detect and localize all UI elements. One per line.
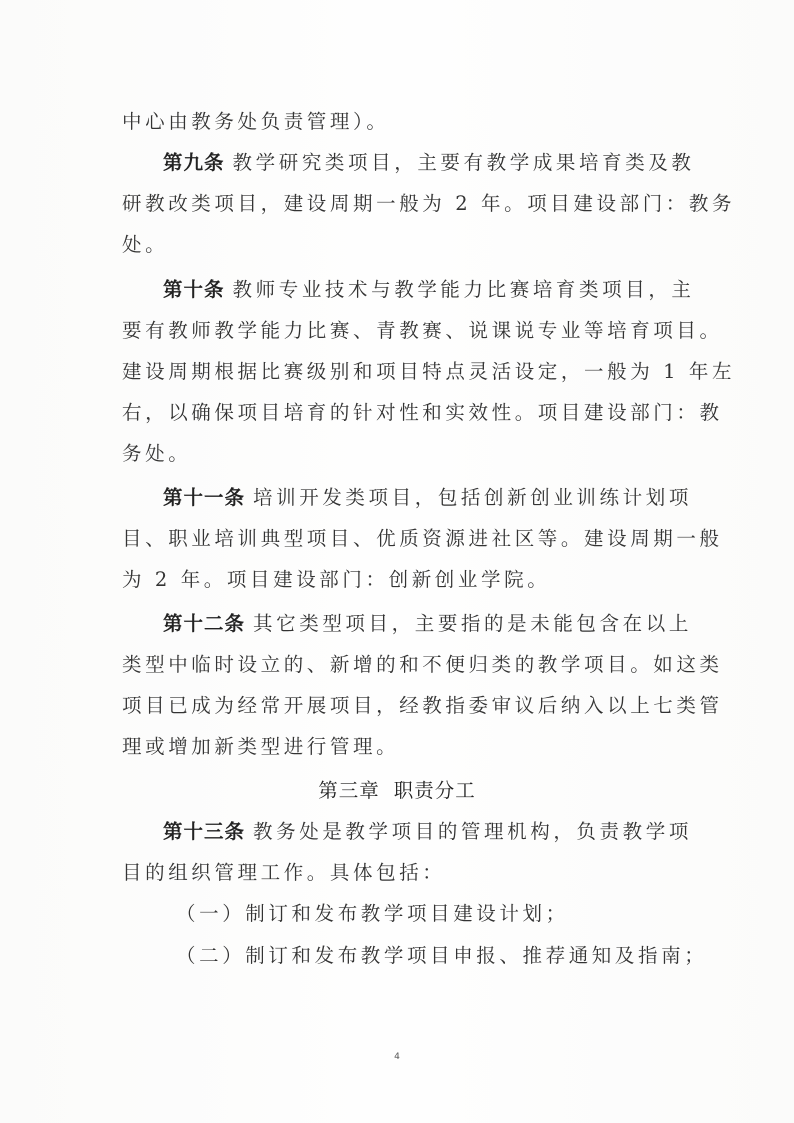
line-text: 为 2 年。项目建设部门：创新创业学院。: [122, 568, 550, 591]
article-9-heading-line: 第九条教学研究类项目，主要有教学成果培育类及教: [163, 149, 723, 177]
line-text: 研教改类项目，建设周期一般为 2 年。项目建设部门：教务: [122, 192, 735, 215]
line-text: 理或增加新类型进行管理。: [122, 735, 399, 758]
line-text: 培训开发类项目，包括创新创业训练计划项: [253, 486, 692, 509]
line-text: 目、职业培训典型项目、优质资源进社区等。建设周期一般: [122, 527, 723, 550]
article-number: 第十三条: [163, 820, 245, 843]
line-text: 中心由教务处负责管理）。: [122, 110, 389, 133]
line-text: 其它类型项目，主要指的是未能包含在以上: [253, 612, 692, 635]
line-text: （一）制订和发布教学项目建设计划；: [176, 902, 569, 925]
chapter-number: 第三章: [318, 779, 380, 802]
line-text: 教学研究类项目，主要有教学成果培育类及教: [233, 151, 695, 174]
article-number: 第十条: [163, 278, 225, 301]
line-text: 教师专业技术与教学能力比赛培育类项目，主: [233, 278, 695, 301]
line-text: 右，以确保项目培育的针对性和实效性。项目建设部门：教: [122, 401, 723, 424]
list-item: （一）制订和发布教学项目建设计划；: [176, 900, 736, 928]
paragraph-line: 中心由教务处负责管理）。: [122, 108, 682, 136]
list-item: （二）制订和发布教学项目申报、推荐通知及指南；: [176, 942, 736, 970]
line-text: 处。: [122, 233, 168, 256]
line-text: 建设周期根据比赛级别和项目特点灵活设定，一般为 1 年左: [122, 360, 735, 383]
paragraph-line: 研教改类项目，建设周期一般为 2 年。项目建设部门：教务: [122, 190, 682, 218]
line-text: 教务处是教学项目的管理机构，负责教学项: [253, 820, 692, 843]
paragraph-line: 务处。: [122, 440, 682, 468]
paragraph-line: 要有教师教学能力比赛、青教赛、说课说专业等培育项目。: [122, 317, 682, 345]
paragraph-line: 建设周期根据比赛级别和项目特点灵活设定，一般为 1 年左: [122, 358, 682, 386]
paragraph-line: 目、职业培训典型项目、优质资源进社区等。建设周期一般: [122, 525, 682, 553]
article-12-heading-line: 第十二条其它类型项目，主要指的是未能包含在以上: [163, 610, 723, 638]
page-number: 4: [0, 1052, 794, 1062]
paragraph-line: 右，以确保项目培育的针对性和实效性。项目建设部门：教: [122, 399, 682, 427]
paragraph-line: 类型中临时设立的、新增的和不便归类的教学项目。如这类: [122, 651, 682, 679]
paragraph-line: 项目已成为经常开展项目，经教指委审议后纳入以上七类管: [122, 692, 682, 720]
article-13-heading-line: 第十三条教务处是教学项目的管理机构，负责教学项: [163, 818, 723, 846]
paragraph-line: 目的组织管理工作。具体包括：: [122, 859, 682, 887]
document-page: 中心由教务处负责管理）。 第九条教学研究类项目，主要有教学成果培育类及教 研教改…: [0, 0, 794, 1123]
line-text: 要有教师教学能力比赛、青教赛、说课说专业等培育项目。: [122, 319, 723, 342]
line-text: （二）制订和发布教学项目申报、推荐通知及指南；: [176, 944, 707, 967]
paragraph-line: 为 2 年。项目建设部门：创新创业学院。: [122, 566, 682, 594]
chapter-title: 职责分工: [394, 779, 476, 802]
paragraph-line: 理或增加新类型进行管理。: [122, 733, 682, 761]
line-text: 目的组织管理工作。具体包括：: [122, 861, 445, 884]
paragraph-line: 处。: [122, 231, 682, 259]
article-11-heading-line: 第十一条培训开发类项目，包括创新创业训练计划项: [163, 484, 723, 512]
chapter-heading: 第三章职责分工: [0, 777, 794, 805]
article-number: 第九条: [163, 151, 225, 174]
article-number: 第十二条: [163, 612, 245, 635]
line-text: 项目已成为经常开展项目，经教指委审议后纳入以上七类管: [122, 694, 723, 717]
line-text: 务处。: [122, 442, 191, 465]
article-number: 第十一条: [163, 486, 245, 509]
article-10-heading-line: 第十条教师专业技术与教学能力比赛培育类项目，主: [163, 276, 723, 304]
line-text: 类型中临时设立的、新增的和不便归类的教学项目。如这类: [122, 653, 723, 676]
